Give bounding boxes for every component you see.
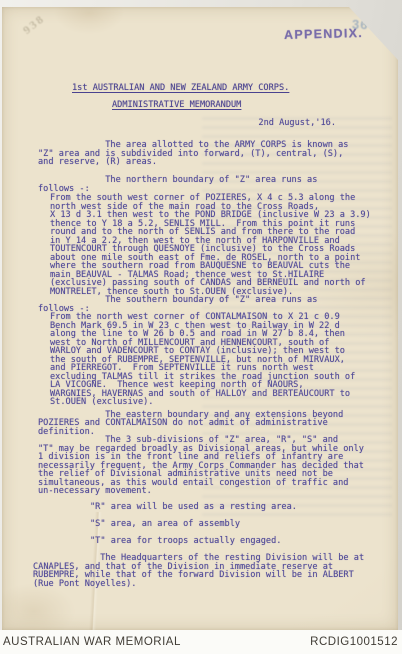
typed-text-column: 1st AUSTRALIAN AND NEW ZEALAND ARMY CORP… — [2, 84, 398, 588]
page-number: 36 — [352, 17, 369, 33]
ghost-number-stamp: 938 — [20, 11, 48, 38]
paragraph-area-allotment: The area allotted to the ARMY CORPS is k… — [38, 141, 348, 167]
document-title: 1st AUSTRALIAN AND NEW ZEALAND ARMY CORP… — [72, 84, 289, 93]
archive-name: AUSTRALIAN WAR MEMORIAL — [3, 636, 181, 648]
paragraph-north-boundary-intro: The northern boundary of "Z" area runs a… — [38, 176, 317, 193]
line-area-t: "T" area for troops actually engaged. — [90, 537, 281, 546]
document-date: 2nd August,'16. — [258, 119, 336, 128]
paragraph-headquarters: The Headquarters of the resting Division… — [33, 554, 364, 588]
scan-viewport: APPENDIX. 36 938 1st AUSTRALIAN AND NEW … — [0, 0, 402, 654]
document-subtitle: ADMINISTRATIVE MEMORANDUM — [112, 101, 241, 110]
document-page: APPENDIX. 36 938 1st AUSTRALIAN AND NEW … — [2, 7, 398, 630]
paragraph-south-boundary: From the north west corner of CONTALMAIS… — [50, 313, 355, 407]
awm-footer-bar: AUSTRALIAN WAR MEMORIAL RCDIG1001512 — [0, 630, 402, 654]
item-id: RCDIG1001512 — [310, 636, 398, 648]
paragraph-subdivisions: The 3 sub-divisions of "Z" area, "R", "S… — [38, 436, 364, 496]
line-area-s: "S" area, an area of assembly — [90, 520, 240, 529]
paragraph-south-boundary-intro: The southern boundary of "Z" area runs a… — [38, 296, 317, 313]
line-area-r: "R" area will be used as a resting area. — [90, 503, 297, 512]
paragraph-north-boundary: From the south west corner of POZIERES, … — [50, 194, 371, 296]
paragraph-eastern-boundary: The eastern boundary and any extensions … — [38, 411, 343, 437]
